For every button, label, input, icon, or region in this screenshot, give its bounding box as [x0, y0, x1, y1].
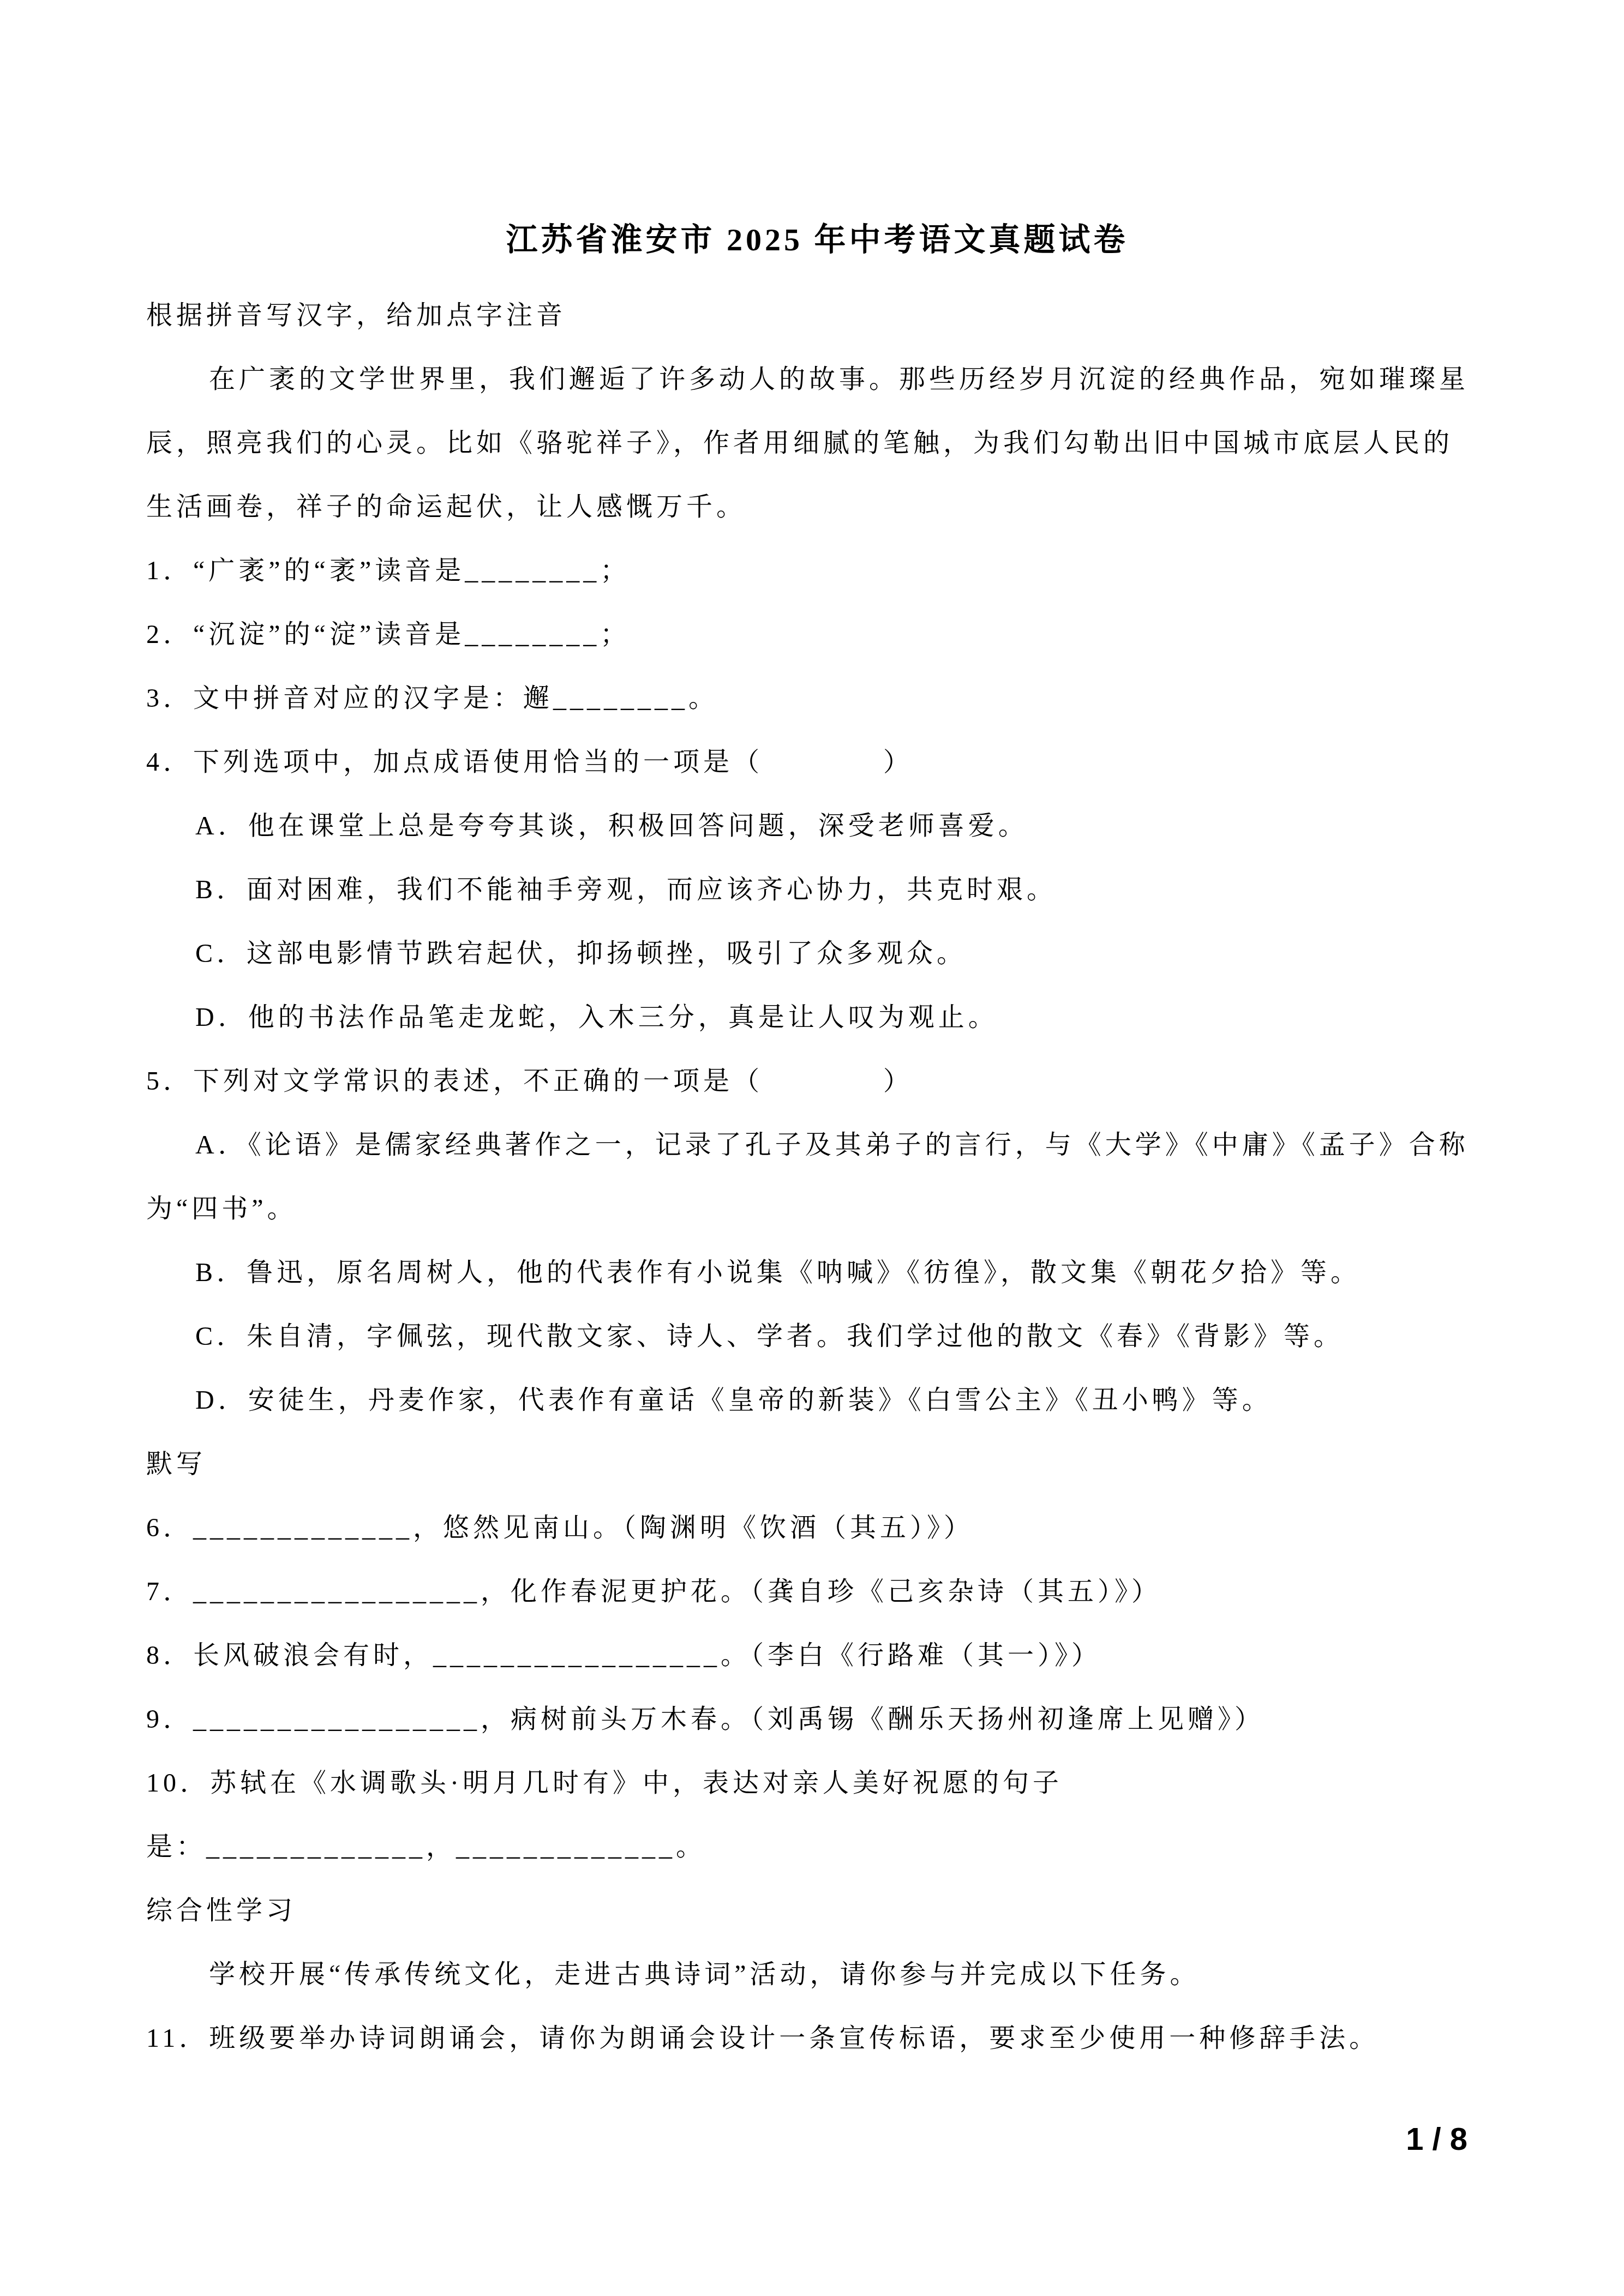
- question-5-option-d: D．安徒生，丹麦作家，代表作有童话《皇帝的新装》《白雪公主》《丑小鸭》等。: [146, 1368, 1488, 1432]
- question-10: 10．苏轼在《水调歌头·明月几时有》中，表达对亲人美好祝愿的句子 是：_____…: [146, 1751, 1488, 1879]
- question-5-option-c: C．朱自清，字佩弦，现代散文家、诗人、学者。我们学过他的散文《春》《背影》等。: [146, 1305, 1488, 1368]
- question-5-stem: 5．下列对文学常识的表述，不正确的一项是（ ）: [146, 1049, 1488, 1113]
- page-content: 江苏省淮安市 2025 年中考语文真题试卷 根据拼音写汉字，给加点字注音 在广袤…: [0, 0, 1624, 2070]
- question-8: 8．长风破浪会有时，_________________。（李白《行路难（其一）》…: [146, 1624, 1488, 1687]
- question-11: 11．班级要举办诗词朗诵会，请你为朗诵会设计一条宣传标语，要求至少使用一种修辞手…: [146, 2006, 1488, 2070]
- question-4-option-d: D．他的书法作品笔走龙蛇，入木三分，真是让人叹为观止。: [146, 985, 1488, 1049]
- question-3: 3．文中拼音对应的汉字是：邂________。: [146, 666, 1488, 730]
- page-title: 江苏省淮安市 2025 年中考语文真题试卷: [146, 196, 1488, 284]
- section-label-pinyin: 根据拼音写汉字，给加点字注音: [146, 284, 1488, 347]
- question-9: 9．_________________，病树前头万木春。（刘禹锡《酬乐天扬州初逢…: [146, 1687, 1488, 1751]
- section-label-zonghe: 综合性学习: [146, 1879, 1488, 1943]
- question-5-option-a: A．《论语》是儒家经典著作之一，记录了孔子及其弟子的言行，与《大学》《中庸》《孟…: [146, 1113, 1488, 1241]
- question-5-option-b: B．鲁迅，原名周树人，他的代表作有小说集《呐喊》《彷徨》，散文集《朝花夕拾》等。: [146, 1241, 1488, 1305]
- question-2: 2．“沉淀”的“淀”读音是________；: [146, 603, 1488, 666]
- question-6: 6．_____________，悠然见南山。（陶渊明《饮酒（其五）》）: [146, 1496, 1488, 1560]
- question-1: 1．“广袤”的“袤”读音是________；: [146, 539, 1488, 603]
- question-4-option-c: C．这部电影情节跌宕起伏，抑扬顿挫，吸引了众多观众。: [146, 922, 1488, 985]
- activity-intro: 学校开展“传承传统文化，走进古典诗词”活动，请你参与并完成以下任务。: [146, 1943, 1488, 2006]
- question-4-option-b: B．面对困难，我们不能袖手旁观，而应该齐心协力，共克时艰。: [146, 858, 1488, 922]
- question-4-option-a: A．他在课堂上总是夸夸其谈，积极回答问题，深受老师喜爱。: [146, 794, 1488, 858]
- question-4-stem: 4．下列选项中，加点成语使用恰当的一项是（ ）: [146, 730, 1488, 794]
- question-7: 7．_________________，化作春泥更护花。（龚自珍《己亥杂诗（其五…: [146, 1560, 1488, 1624]
- exam-paper-page: 江苏省淮安市 2025 年中考语文真题试卷 根据拼音写汉字，给加点字注音 在广袤…: [0, 0, 1624, 2296]
- reading-passage: 在广袤的文学世界里，我们邂逅了许多动人的故事。那些历经岁月沉淀的经典作品，宛如璀…: [146, 347, 1488, 539]
- page-number: 1 / 8: [1406, 2123, 1467, 2156]
- section-label-moxie: 默写: [146, 1432, 1488, 1496]
